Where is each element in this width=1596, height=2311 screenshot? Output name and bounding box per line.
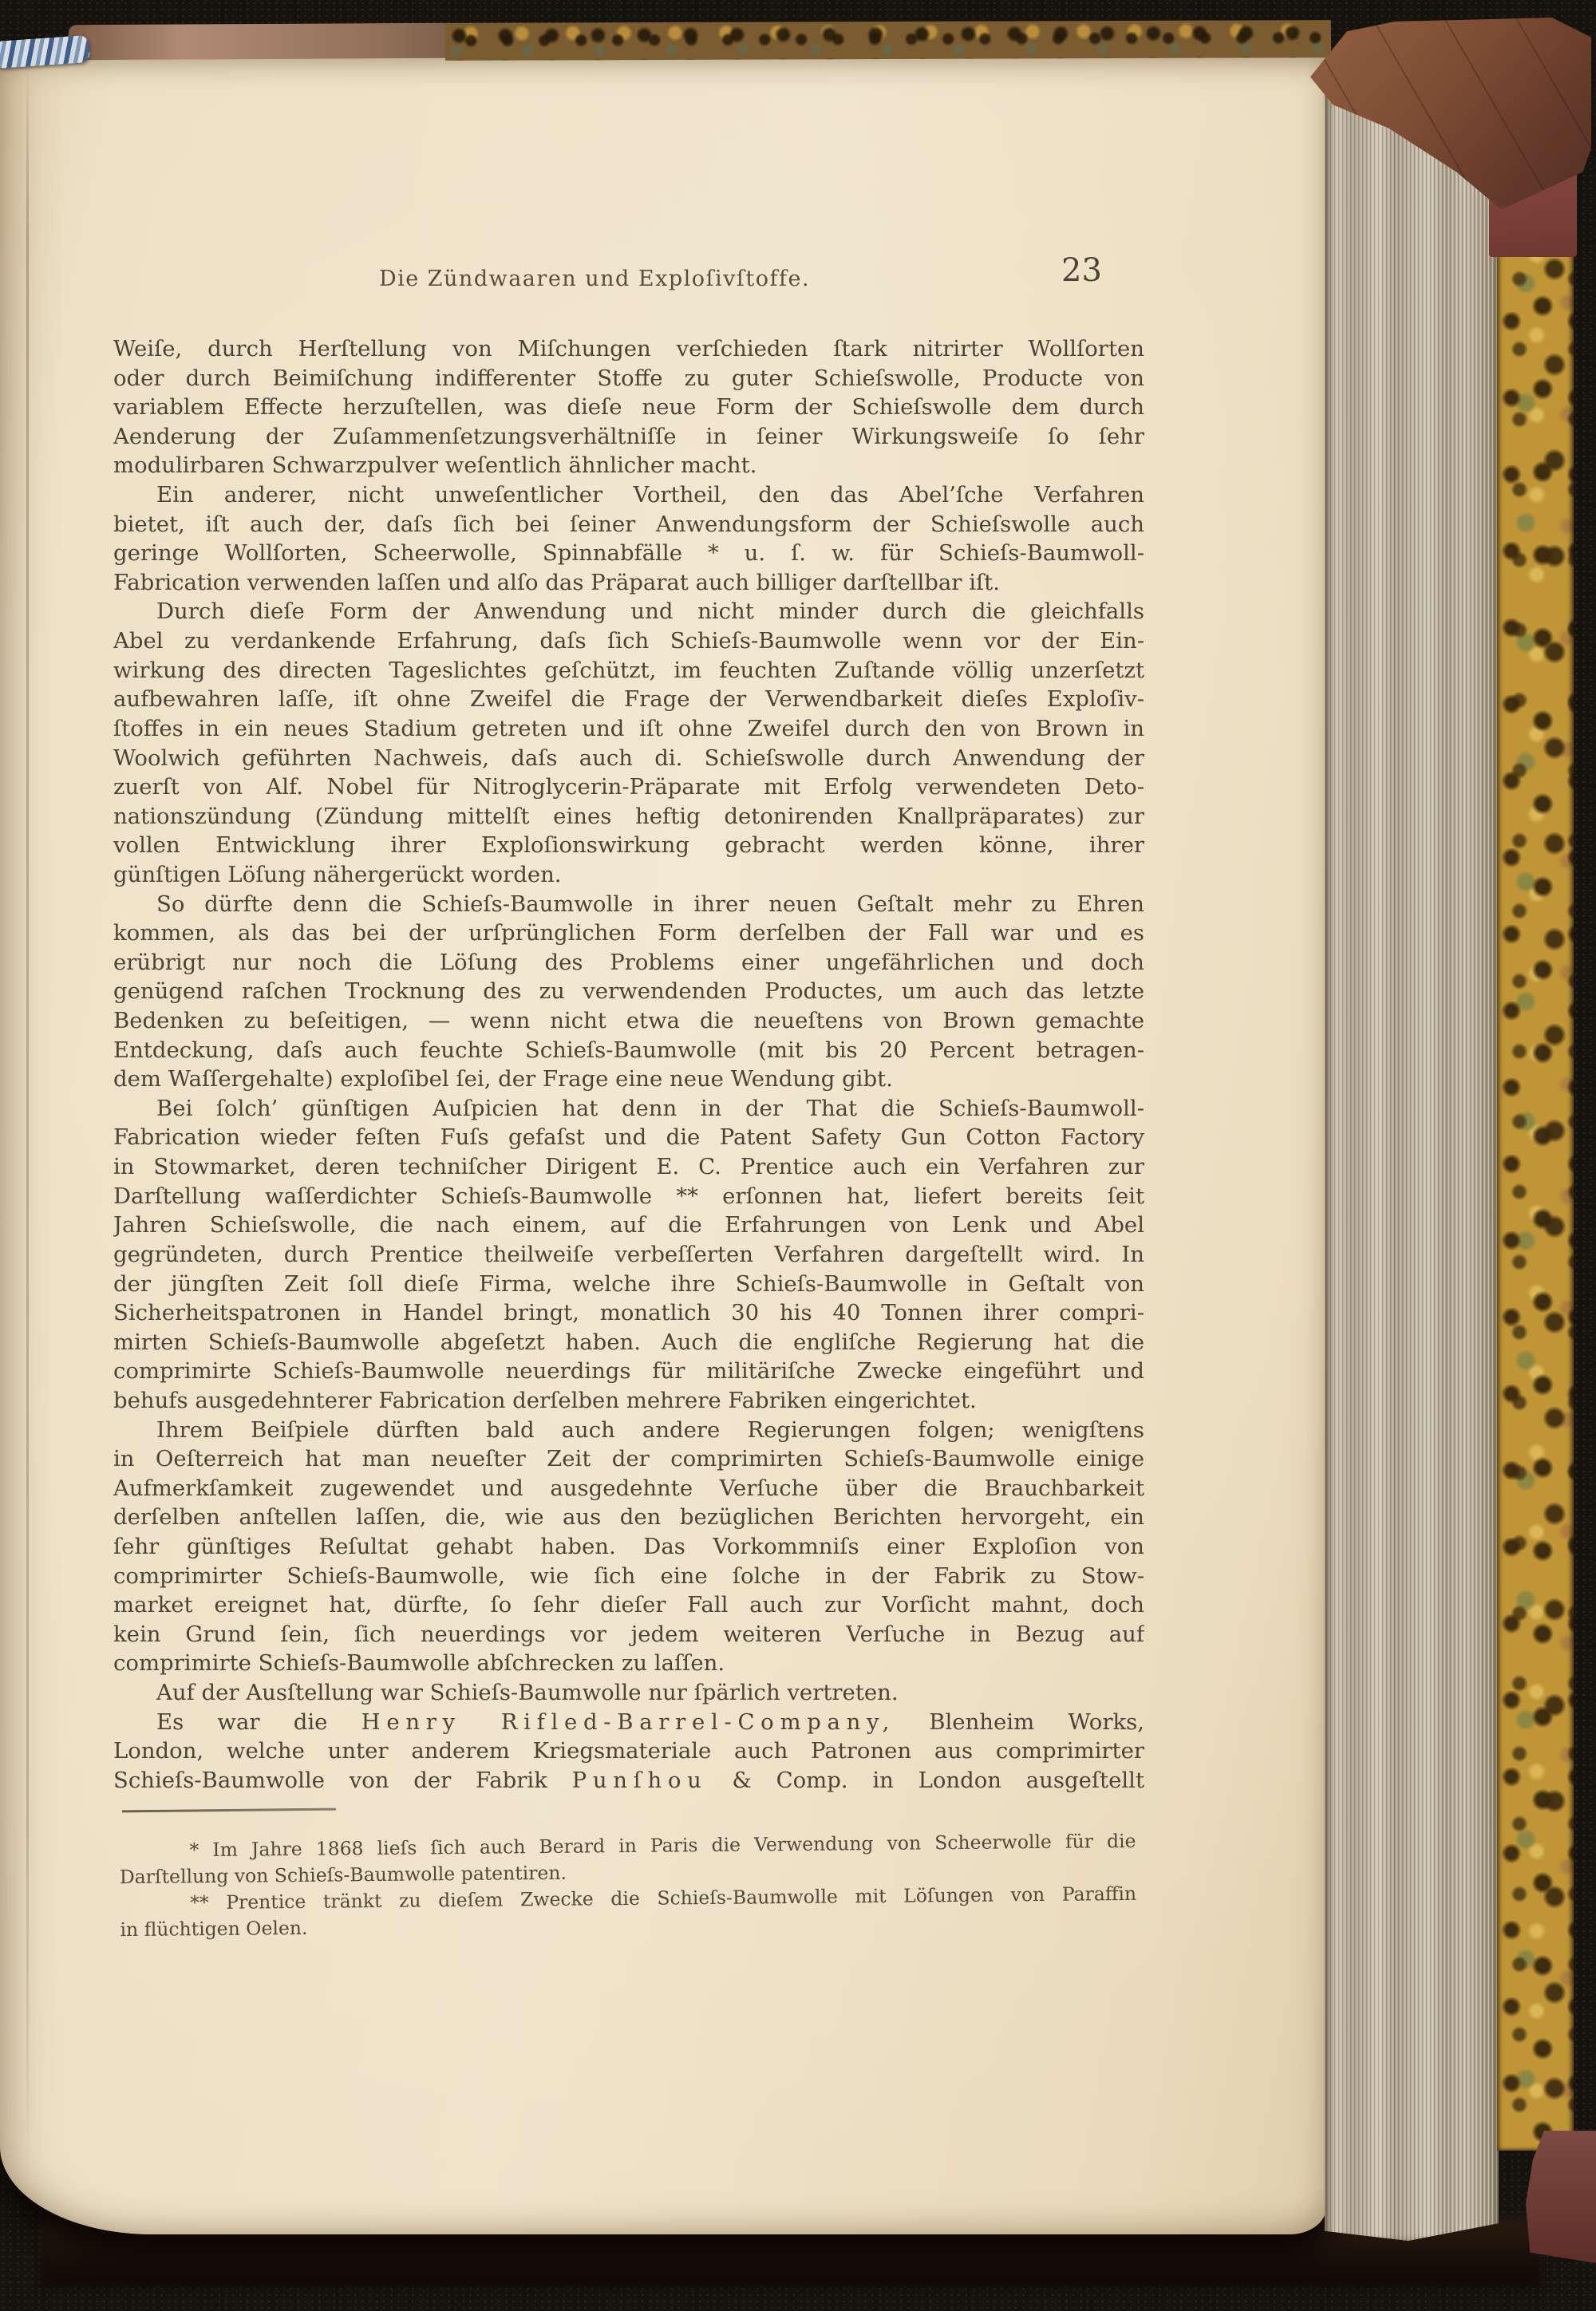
- book-fore-edge-pages: [1325, 46, 1499, 2241]
- text-line: bietet, iſt auch der, daſs ſich bei ſein…: [113, 510, 1144, 539]
- text-line: der jüngſten Zeit ſoll dieſe Firma, welc…: [113, 1270, 1144, 1299]
- paragraph: Ein anderer, nicht unweſentlicher Vorthe…: [113, 480, 1144, 597]
- text-line: variablem Effecte herzuſtellen, was dieſ…: [113, 393, 1144, 422]
- text-line: Bei ſolch’ günſtigen Auſpicien hat denn …: [113, 1094, 1144, 1124]
- text-line: Weiſe, durch Herſtellung von Miſchungen …: [113, 334, 1144, 364]
- text-line: comprimirte Schieſs-Baumwolle neuerdings…: [113, 1357, 1144, 1386]
- text-line: ſehr günſtiges Reſultat gehabt haben. Da…: [113, 1532, 1144, 1562]
- text-line: Bedenken zu beſeitigen, — wenn nicht etw…: [113, 1006, 1144, 1036]
- text-line: Entdeckung, daſs auch feuchte Schieſs-Ba…: [113, 1036, 1144, 1065]
- paragraph: Durch dieſe Form der Anwendung und nicht…: [113, 597, 1144, 889]
- text-line: günſtigen Löſung nähergerückt worden.: [113, 860, 1144, 890]
- book-top-edge-leather: [69, 23, 450, 61]
- text-line: Schieſs-Baumwolle von der Fabrik Punſhou…: [113, 1766, 1144, 1795]
- paragraph: Auf der Ausſtellung war Schieſs-Baumwoll…: [113, 1678, 1144, 1708]
- text-line: nationszündung (Zündung mittelſt eines h…: [113, 802, 1144, 832]
- text-line: Ihrem Beiſpiele dürften bald auch andere…: [113, 1416, 1144, 1445]
- paragraph: Weiſe, durch Herſtellung von Miſchungen …: [113, 334, 1144, 480]
- text-line: genügend raſchen Trocknung des zu verwen…: [113, 977, 1144, 1006]
- text-line: market ereignet hat, dürfte, ſo ſehr die…: [113, 1590, 1144, 1620]
- page-gutter-crease: [26, 64, 29, 2171]
- text-line: mirten Schieſs-Baumwolle abgeſetzt haben…: [113, 1328, 1144, 1357]
- text-line: erübrigt nur noch die Löſung des Problem…: [113, 948, 1144, 978]
- paragraph: So dürfte denn die Schieſs-Baumwolle in …: [113, 890, 1144, 1094]
- text-line: Sicherheitspatronen in Handel bringt, mo…: [113, 1298, 1144, 1328]
- running-head: Die Zündwaaren und Exploſivſtoffe.: [80, 267, 1109, 291]
- text-line: comprimirter Schieſs-Baumwolle, wie ſich…: [113, 1562, 1144, 1591]
- text-line: in Stowmarket, deren techniſcher Dirigen…: [113, 1152, 1144, 1182]
- paragraph: * Im Jahre 1868 lieſs ſich auch Berard i…: [119, 1828, 1136, 1890]
- text-line: gegründeten, durch Prentice theilweiſe v…: [113, 1240, 1144, 1270]
- text-line: Jahren Schieſswolle, die nach einem, auf…: [113, 1211, 1144, 1240]
- body-text: Weiſe, durch Herſtellung von Miſchungen …: [113, 334, 1144, 1795]
- text-line: So dürfte denn die Schieſs-Baumwolle in …: [113, 890, 1144, 919]
- marbled-cover-board: [1497, 235, 1574, 2151]
- paragraph: Es war die Henry Rifled-Barrel-Company, …: [113, 1708, 1144, 1795]
- text-line: Darſtellung waſſerdichter Schieſs-Baumwo…: [113, 1182, 1144, 1211]
- letterspaced-text: Punſhou: [572, 1768, 708, 1793]
- text-line: Aenderung der Zuſammenſetzungsverhältniſ…: [113, 422, 1144, 452]
- text-line: London, welche unter anderem Kriegsmater…: [113, 1736, 1144, 1766]
- text-line: comprimirte Schieſs-Baumwolle abſchrecke…: [113, 1649, 1144, 1678]
- text-line: Ein anderer, nicht unweſentlicher Vorthe…: [113, 480, 1144, 510]
- text-line: ſtoffes in ein neues Stadium getreten un…: [113, 714, 1144, 744]
- text-line: kein Grund ſein, ſich neuerdings vor jed…: [113, 1620, 1144, 1649]
- text-line: Durch dieſe Form der Anwendung und nicht…: [113, 597, 1144, 626]
- text-line: Woolwich geführten Nachweis, daſs auch d…: [113, 744, 1144, 773]
- text-line: oder durch Beimiſchung indifferenter Sto…: [113, 364, 1144, 393]
- footnotes: * Im Jahre 1868 lieſs ſich auch Berard i…: [119, 1828, 1136, 1943]
- text-line: dem Waſſergehalte) exploſibel ſei, der F…: [113, 1065, 1144, 1094]
- text-line: kommen, als das bei der urſprünglichen F…: [113, 918, 1144, 948]
- text-line: Auf der Ausſtellung war Schieſs-Baumwoll…: [113, 1678, 1144, 1708]
- text-line: geringe Wollſorten, Scheerwolle, Spinnab…: [113, 539, 1144, 568]
- text-line: Abel zu verdankende Erfahrung, daſs ſich…: [113, 626, 1144, 656]
- text-line: modulirbaren Schwarzpulver weſentlich äh…: [113, 451, 1144, 480]
- text-line: zuerſt von Alf. Nobel für Nitroglycerin-…: [113, 772, 1144, 802]
- book-top-edge-marbled: [445, 20, 1331, 61]
- text-line: Aufmerkſamkeit zugewendet und ausgedehnt…: [113, 1474, 1144, 1503]
- text-line: in Oeſterreich hat man neueſter Zeit der…: [113, 1444, 1144, 1474]
- text-line: behufs ausgedehnterer Fabrication derſel…: [113, 1386, 1144, 1416]
- letterspaced-text: Henry Rifled-Barrel-Company,: [361, 1709, 895, 1735]
- text-line: vollen Entwicklung ihrer Exploſionswirku…: [113, 831, 1144, 860]
- text-line: aufbewahren laſſe, iſt ohne Zweifel die …: [113, 685, 1144, 714]
- paragraph: Ihrem Beiſpiele dürften bald auch andere…: [113, 1416, 1144, 1678]
- text-line: Fabrication wieder feſten Fuſs gefaſst u…: [113, 1123, 1144, 1152]
- text-line: derſelben anſtellen laſſen, die, wie aus…: [113, 1503, 1144, 1532]
- page-number: 23: [1061, 252, 1133, 289]
- paragraph: Bei ſolch’ günſtigen Auſpicien hat denn …: [113, 1094, 1144, 1416]
- text-line: Fabrication verwenden laſſen und alſo da…: [113, 568, 1144, 598]
- text-line: Es war die Henry Rifled-Barrel-Company, …: [113, 1708, 1144, 1737]
- text-line: wirkung des directen Tageslichtes geſchü…: [113, 656, 1144, 685]
- paragraph: ** Prentice tränkt zu dieſem Zwecke die …: [120, 1881, 1137, 1943]
